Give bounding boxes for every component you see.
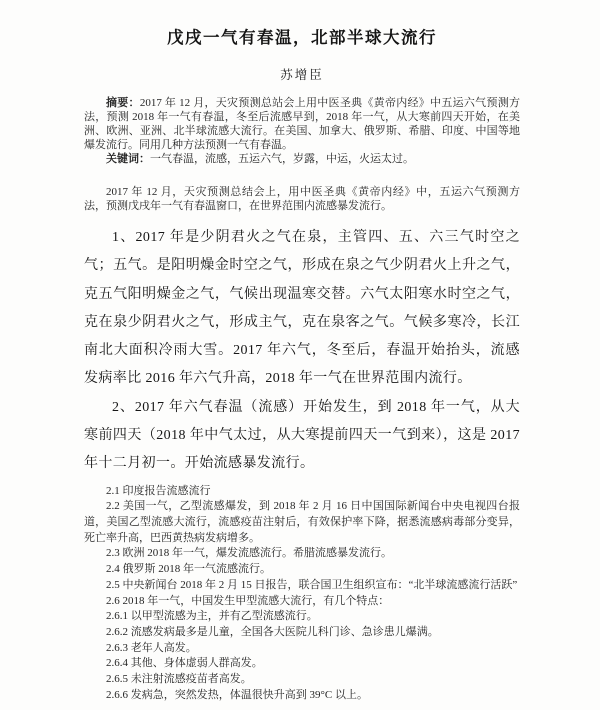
subsection-line: 2.3 欧洲 2018 年一气，爆发流感流行。希腊流感暴发流行。 (84, 546, 520, 562)
abstract-label: 摘要： (106, 97, 140, 109)
abstract-paragraph: 摘要：2017 年 12 月，天灾预测总站会上用中医圣典《黄帝内经》中五运六气预… (84, 96, 520, 152)
page-title: 戊戌一气有春温，北部半球大流行 (84, 24, 520, 48)
subsection-line: 2.1 印度报告流感流行 (84, 484, 520, 500)
subsection-line: 2.6 2018 年一气，中国发生甲型流感大流行，有几个特点： (84, 594, 520, 610)
subsection-line: 2.2 美国一气，乙型流感爆发，到 2018 年 2 月 16 日中国国际新闻台… (84, 499, 520, 546)
subsection-line: 2.6.2 流感发病最多是儿童，全国各大医院儿科门诊、急诊患儿爆满。 (84, 625, 520, 641)
subsection-line: 2.5 中央新闻台 2018 年 2 月 15 日报告，联合国卫生组织宣布：“北… (84, 578, 520, 594)
subsection-list: 2.1 印度报告流感流行 2.2 美国一气，乙型流感爆发，到 2018 年 2 … (84, 484, 520, 704)
subsection-line: 2.6.6 发病急，突然发热，体温很快升高到 39°C 以上。 (84, 688, 520, 704)
subsection-line: 2.6.5 未注射流感疫苗者高发。 (84, 672, 520, 688)
document-page: 戊戌一气有春温，北部半球大流行 苏增臣 摘要：2017 年 12 月，天灾预测总… (0, 0, 600, 710)
abstract-text: 2017 年 12 月，天灾预测总站会上用中医圣典《黄帝内经》中五运六气预测方法… (84, 97, 520, 151)
keywords-label: 关键词： (106, 153, 150, 165)
keywords-paragraph: 关键词：一气春温，流感，五运六气，岁露，中运，火运太过。 (84, 152, 520, 166)
main-sections: 1、2017 年是少阴君火之气在泉，主管四、五、六三气时空之气；五气。是阳明燥金… (84, 224, 520, 479)
subsection-line: 2.4 俄罗斯 2018 年一气流感流行。 (84, 562, 520, 578)
author-name: 苏增臣 (84, 65, 520, 83)
section-1-paragraph: 1、2017 年是少阴君火之气在泉，主管四、五、六三气时空之气；五气。是阳明燥金… (84, 224, 520, 394)
section-2-paragraph: 2、2017 年六气春温（流感）开始发生，到 2018 年一气，从大寒前四天（2… (84, 394, 520, 479)
intro-paragraph: 2017 年 12 月，天灾预测总结会上，用中医圣典《黄帝内经》中，五运六气预测… (84, 185, 520, 213)
keywords-text: 一气春温，流感，五运六气，岁露，中运，火运太过。 (150, 153, 414, 165)
subsection-line: 2.6.4 其他、身体虚弱人群高发。 (84, 656, 520, 672)
subsection-line: 2.6.1 以甲型流感为主，并有乙型流感流行。 (84, 609, 520, 625)
subsection-line: 2.6.3 老年人高发。 (84, 641, 520, 657)
